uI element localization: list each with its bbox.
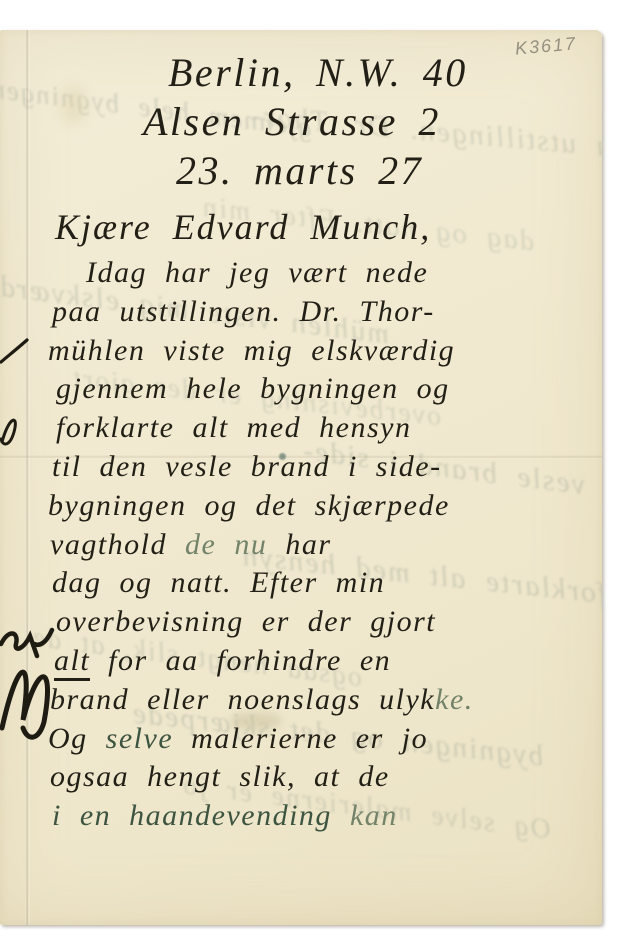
letter-line-segment: for aa forhindre en (90, 644, 391, 677)
letter-line-segment: brand eller noenslags ulyk (50, 683, 435, 716)
letter-header: Berlin, N.W. 40 Alsen Strasse 2 23. mart… (0, 48, 602, 195)
letter-line: brand eller noenslags ulykke. (0, 681, 602, 720)
scanned-letter-photo: gjennem hele bygningen ogpaa utstillinge… (0, 0, 633, 950)
letter-line-segment: vagthold (50, 528, 185, 561)
letter-line: Og selve malerierne er jo (0, 720, 602, 759)
letter-body: Idag har jeg vært nedepaa utstillingen. … (0, 254, 602, 836)
letter-line: gjennem hele bygningen og (0, 370, 602, 409)
letter-line-segment: kan (350, 799, 398, 832)
letter-line: paa utstillingen. Dr. Thor- (0, 293, 602, 332)
letter-line-segment: dag og natt. Efter min (52, 566, 385, 599)
letter-line: i en haandevending kan (0, 797, 602, 836)
letter-line-segment: paa utstillingen. Dr. Thor- (52, 295, 435, 328)
letter-line-segment: bygningen og det skjærpede (48, 489, 450, 522)
letter-line-segment: ke. (435, 683, 474, 716)
letter-line: alt for aa forhindre en (0, 642, 602, 681)
letter-line-segment: har (267, 528, 331, 561)
letter-line-segment: mühlen viste mig elskværdig (48, 334, 455, 367)
letter-line: overbevisning er der gjort (0, 603, 602, 642)
letter-street-line: Alsen Strasse 2 (143, 97, 602, 146)
letter-line-segment: Og (48, 722, 106, 755)
letter-line: vagthold de nu har (0, 526, 602, 565)
letter-line-segment: til den vesle brand i side- (52, 450, 442, 483)
letter-line-segment: selve (106, 722, 173, 755)
letter-line: mühlen viste mig elskværdig (0, 332, 602, 371)
letter-line: til den vesle brand i side- (0, 448, 602, 487)
letter-line: bygningen og det skjærpede (0, 487, 602, 526)
letter-line: ogsaa hengt slik, at de (0, 758, 602, 797)
letter-place-line: Berlin, N.W. 40 (168, 48, 602, 97)
letter-line-segment: forklarte alt med hensyn (56, 411, 411, 444)
letter-line-segment: Idag har jeg vært nede (86, 256, 428, 289)
letter-line-segment: gjennem hele bygningen og (56, 372, 450, 405)
letter-line-segment: i en haandevending (52, 799, 350, 832)
letter-line-segment: overbevisning er der gjort (56, 605, 436, 638)
letter-line: dag og natt. Efter min (0, 564, 602, 603)
letter-line-segment: alt (54, 644, 90, 681)
letter-salutation: Kjære Edvard Munch, (55, 206, 431, 248)
letter-line-segment: de nu (185, 528, 267, 561)
letter-page: gjennem hele bygningen ogpaa utstillinge… (0, 30, 602, 925)
letter-line: Idag har jeg vært nede (0, 254, 602, 293)
letter-line: forklarte alt med hensyn (0, 409, 602, 448)
letter-line-segment: malerierne er jo (173, 722, 428, 755)
letter-date-line: 23. marts 27 (176, 146, 602, 195)
letter-line-segment: ogsaa hengt slik, at de (50, 760, 390, 793)
